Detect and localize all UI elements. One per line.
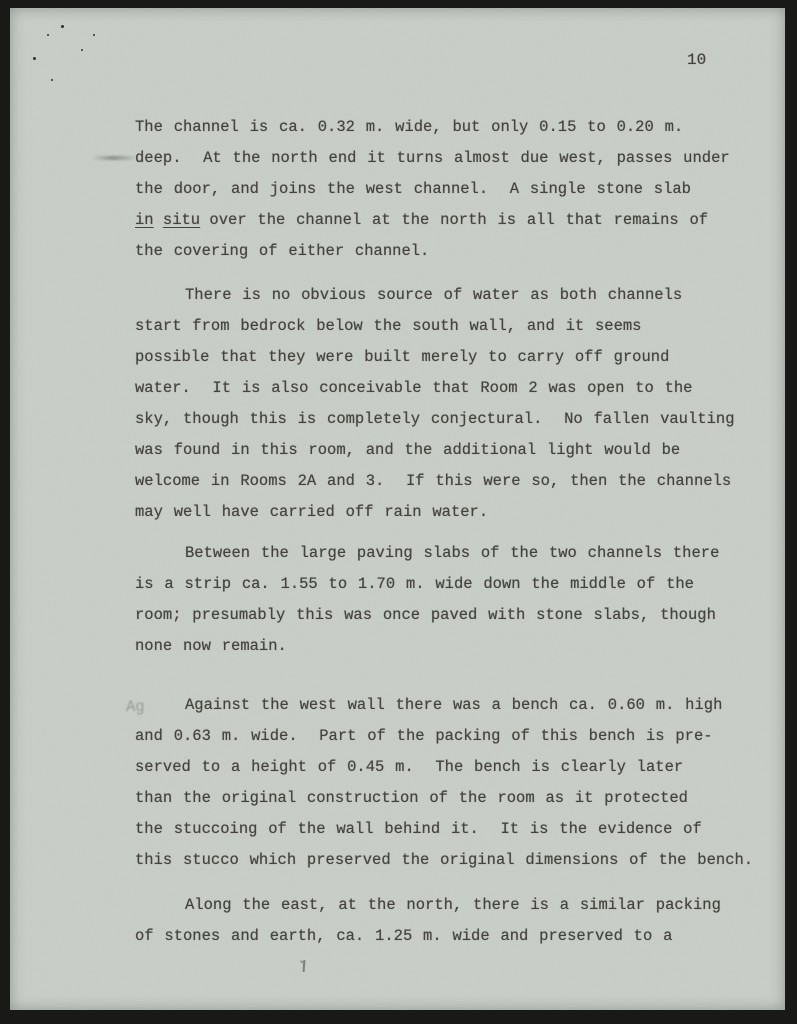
paragraph-1: The channel is ca. 0.32 m. wide, but onl…	[135, 112, 730, 267]
text-segment: over the channel at the north is all tha…	[209, 211, 708, 229]
text-line: sky, though this is completely conjectur…	[135, 404, 735, 435]
dust-speck	[81, 49, 83, 51]
paragraph-4: Against the west wall there was a bench …	[135, 690, 753, 876]
text-line: the stuccoing of the wall behind it. It …	[135, 814, 753, 845]
text-line: was found in this room, and the addition…	[135, 435, 735, 466]
text-line: welcome in Rooms 2A and 3. If this were …	[135, 466, 735, 497]
text-line: There is no obvious source of water as b…	[135, 280, 735, 311]
text-line: than the original construction of the ro…	[135, 783, 753, 814]
text-line: start from bedrock below the south wall,…	[135, 311, 735, 342]
text-line: insituover the channel at the north is a…	[135, 205, 730, 236]
text-line: possible that they were built merely to …	[135, 342, 735, 373]
dust-speck	[33, 57, 36, 60]
text-line: may well have carried off rain water.	[135, 497, 735, 528]
text-line: the covering of either channel.	[135, 236, 730, 267]
text-line: served to a height of 0.45 m. The bench …	[135, 752, 753, 783]
scan-background: 10 The channel is ca. 0.32 m. wide, but …	[0, 0, 797, 1024]
text-line: of stones and earth, ca. 1.25 m. wide an…	[135, 921, 721, 952]
dust-speck	[93, 34, 95, 36]
text-line: The channel is ca. 0.32 m. wide, but onl…	[135, 112, 730, 143]
text-line: is a strip ca. 1.55 to 1.70 m. wide down…	[135, 569, 719, 600]
text-line: this stucco which preserved the original…	[135, 845, 753, 876]
pencil-smudge	[92, 156, 134, 160]
dust-speck	[47, 34, 49, 36]
dust-speck	[61, 25, 64, 28]
text-line: water. It is also conceivable that Room …	[135, 373, 735, 404]
text-line: Between the large paving slabs of the tw…	[135, 538, 719, 569]
paragraph-2: There is no obvious source of water as b…	[135, 280, 735, 528]
underlined-text: situ	[163, 211, 200, 229]
page-number: 10	[687, 51, 706, 69]
text-line: none now remain.	[135, 631, 719, 662]
paragraph-3: Between the large paving slabs of the tw…	[135, 538, 719, 662]
text-line: Along the east, at the north, there is a…	[135, 890, 721, 921]
text-line: room; presumably this was once paved wit…	[135, 600, 719, 631]
underlined-text: in	[135, 211, 154, 229]
text-line: and 0.63 m. wide. Part of the packing of…	[135, 721, 753, 752]
text-line: Against the west wall there was a bench …	[135, 690, 753, 721]
paragraph-5: Along the east, at the north, there is a…	[135, 890, 721, 952]
dust-speck	[51, 79, 53, 81]
text-line: the door, and joins the west channel. A …	[135, 174, 730, 205]
text-line: deep. At the north end it turns almost d…	[135, 143, 730, 174]
